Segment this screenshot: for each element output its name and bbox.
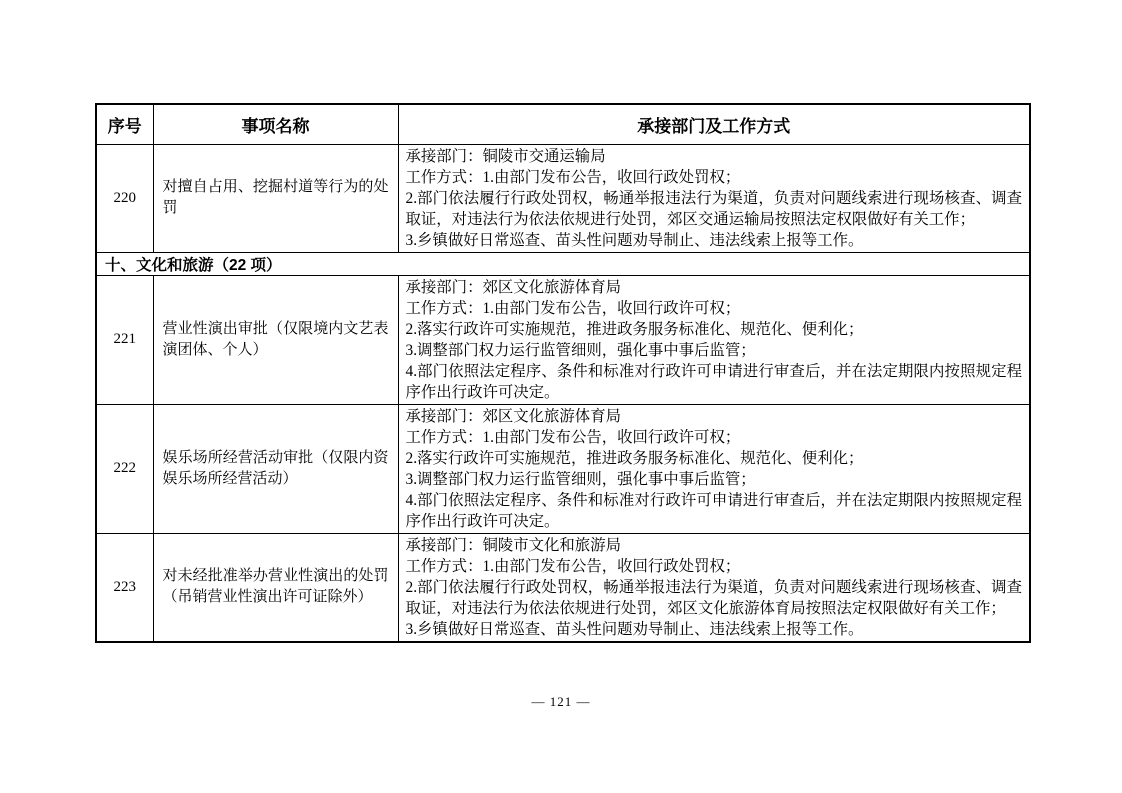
detail-line: 工作方式：1.由部门发布公告，收回行政处罚权； <box>406 556 1023 577</box>
serial-cell: 221 <box>96 275 153 404</box>
detail-line: 2.落实行政许可实施规范，推进政务服务标准化、规范化、便利化； <box>406 448 1023 469</box>
table-row-223: 223 对未经批准举办营业性演出的处罚（吊销营业性演出许可证除外） 承接部门：铜… <box>96 533 1030 642</box>
detail-line: 2.部门依法履行行政处罚权，畅通举报违法行为渠道，负责对问题线索进行现场核查、调… <box>406 188 1023 230</box>
section-header-row: 十、文化和旅游（22 项） <box>96 252 1030 275</box>
detail-line: 3.乡镇做好日常巡查、苗头性问题劝导制止、违法线索上报等工作。 <box>406 230 1023 251</box>
detail-line: 承接部门：铜陵市文化和旅游局 <box>406 535 1023 556</box>
serial-cell: 222 <box>96 404 153 533</box>
table-row-222: 222 娱乐场所经营活动审批（仅限内资娱乐场所经营活动） 承接部门：郊区文化旅游… <box>96 404 1030 533</box>
document-page: 序号 事项名称 承接部门及工作方式 220 对擅自占用、挖掘村道等行为的处罚 承… <box>0 0 1122 793</box>
column-header-department-method: 承接部门及工作方式 <box>398 104 1030 144</box>
detail-line: 承接部门：郊区文化旅游体育局 <box>406 277 1023 298</box>
detail-cell: 承接部门：郊区文化旅游体育局 工作方式：1.由部门发布公告，收回行政许可权； 2… <box>398 404 1030 533</box>
detail-line: 3.调整部门权力运行监管细则，强化事中事后监管； <box>406 340 1023 361</box>
detail-cell: 承接部门：郊区文化旅游体育局 工作方式：1.由部门发布公告，收回行政许可权； 2… <box>398 275 1030 404</box>
item-name-cell: 营业性演出审批（仅限境内文艺表演团体、个人） <box>153 275 398 404</box>
detail-line: 承接部门：郊区文化旅游体育局 <box>406 406 1023 427</box>
detail-line: 3.乡镇做好日常巡查、苗头性问题劝导制止、违法线索上报等工作。 <box>406 619 1023 640</box>
detail-line: 工作方式：1.由部门发布公告，收回行政处罚权； <box>406 167 1023 188</box>
detail-line: 2.部门依法履行行政处罚权，畅通举报违法行为渠道，负责对问题线索进行现场核查、调… <box>406 577 1023 619</box>
serial-cell: 220 <box>96 144 153 252</box>
item-name-cell: 对擅自占用、挖掘村道等行为的处罚 <box>153 144 398 252</box>
section-header-label: 十、文化和旅游（22 项） <box>96 252 1030 275</box>
page-number: — 121 — <box>0 694 1122 710</box>
detail-line: 4.部门依照法定程序、条件和标准对行政许可申请进行审查后，并在法定期限内按照规定… <box>406 361 1023 403</box>
detail-line: 工作方式：1.由部门发布公告，收回行政许可权； <box>406 427 1023 448</box>
column-header-serial: 序号 <box>96 104 153 144</box>
table-row-221: 221 营业性演出审批（仅限境内文艺表演团体、个人） 承接部门：郊区文化旅游体育… <box>96 275 1030 404</box>
detail-line: 2.落实行政许可实施规范，推进政务服务标准化、规范化、便利化； <box>406 319 1023 340</box>
detail-line: 工作方式：1.由部门发布公告，收回行政许可权； <box>406 298 1023 319</box>
detail-cell: 承接部门：铜陵市交通运输局 工作方式：1.由部门发布公告，收回行政处罚权； 2.… <box>398 144 1030 252</box>
column-header-item-name: 事项名称 <box>153 104 398 144</box>
items-table: 序号 事项名称 承接部门及工作方式 220 对擅自占用、挖掘村道等行为的处罚 承… <box>95 103 1031 643</box>
serial-cell: 223 <box>96 533 153 642</box>
detail-line: 3.调整部门权力运行监管细则，强化事中事后监管； <box>406 469 1023 490</box>
table-row-220: 220 对擅自占用、挖掘村道等行为的处罚 承接部门：铜陵市交通运输局 工作方式：… <box>96 144 1030 252</box>
detail-line: 4.部门依照法定程序、条件和标准对行政许可申请进行审查后，并在法定期限内按照规定… <box>406 490 1023 532</box>
item-name-cell: 对未经批准举办营业性演出的处罚（吊销营业性演出许可证除外） <box>153 533 398 642</box>
table-header-row: 序号 事项名称 承接部门及工作方式 <box>96 104 1030 144</box>
detail-line: 承接部门：铜陵市交通运输局 <box>406 146 1023 167</box>
detail-cell: 承接部门：铜陵市文化和旅游局 工作方式：1.由部门发布公告，收回行政处罚权； 2… <box>398 533 1030 642</box>
item-name-cell: 娱乐场所经营活动审批（仅限内资娱乐场所经营活动） <box>153 404 398 533</box>
